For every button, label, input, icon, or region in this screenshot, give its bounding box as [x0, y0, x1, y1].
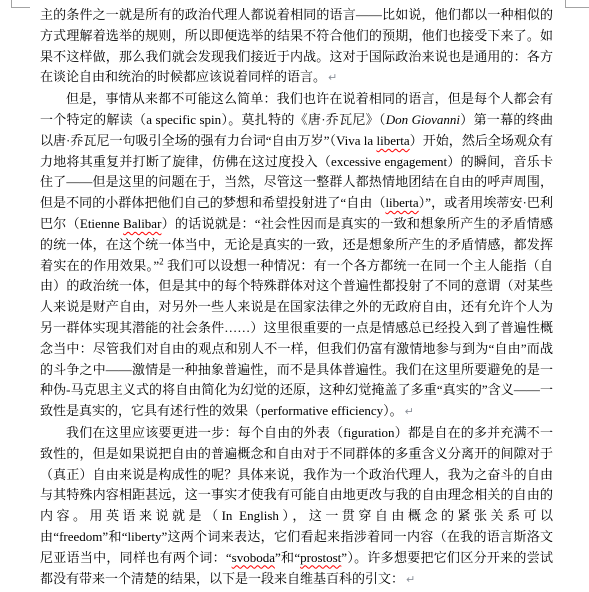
document-page[interactable]: 主的条件之一就是所有的政治代理人都说着相同的语言——比如说，他们都以一种相似的方… — [0, 0, 589, 592]
text-run: 我们在这里应该要更进一步：每个自由的外表（figuration）都是自在的多并充… — [40, 425, 553, 565]
spellcheck-flagged-word: prostost — [300, 550, 341, 565]
text-run: 我们可以设想一种情况：有一个各方都统一在同一个主人能指（自由）的政治统一体，但是… — [40, 258, 553, 419]
crop-mark-top-left-horizontal — [11, 7, 30, 8]
text-run: ”和“ — [275, 550, 300, 565]
spellcheck-flagged-word: liberta — [376, 133, 409, 148]
document-body[interactable]: 主的条件之一就是所有的政治代理人都说着相同的语言——比如说，他们都以一种相似的方… — [40, 5, 553, 590]
paragraph-mark: ↵ — [326, 71, 337, 84]
italic-work-title: Don Giovanni — [386, 112, 460, 127]
paragraph[interactable]: 主的条件之一就是所有的政治代理人都说着相同的语言——比如说，他们都以一种相似的方… — [40, 5, 553, 89]
text-run: 主的条件之一就是所有的政治代理人都说着相同的语言——比如说，他们都以一种相似的方… — [40, 7, 553, 84]
crop-mark-top-right-horizontal — [565, 7, 589, 8]
paragraph[interactable]: 我们在这里应该要更进一步：每个自由的外表（figuration）都是自在的多并充… — [40, 423, 553, 590]
paragraph[interactable]: 但是，事情从来都不可能这么简单：我们也许在说着相同的语言，但是每个人都会有一个特… — [40, 89, 553, 423]
paragraph-mark: ↵ — [403, 405, 414, 418]
spellcheck-flagged-word: svoboda — [232, 550, 275, 565]
spellcheck-flagged-word: Balibar — [123, 216, 161, 231]
spellcheck-flagged-word: liberta — [385, 195, 418, 210]
paragraph-mark: ↵ — [404, 573, 415, 586]
